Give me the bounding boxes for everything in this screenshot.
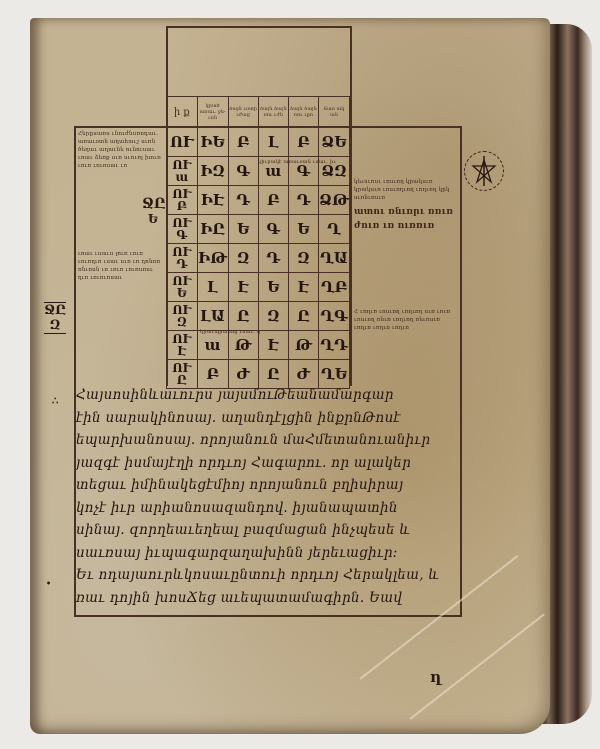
left-margin-numeral: Ե xyxy=(148,212,158,226)
table-inline-note: կիւրակէ առաւօտն ւսաւ. իւ xyxy=(258,158,348,166)
body-line: Հայսոսինևաւուրս յայսմուԹեանամարգար xyxy=(76,384,466,407)
ruling-line xyxy=(74,615,462,617)
table-cell: ՁԵ xyxy=(318,128,349,157)
table-cell: ՈՒ Դ xyxy=(167,244,198,273)
table-cell: ՂԴ xyxy=(318,331,349,360)
table-cell: ՁԹ xyxy=(318,186,349,215)
table-inline-note: կրաւպրանոց ւսաւ. գ xyxy=(200,328,270,336)
left-margin-note: ւռաւ ւսաւս լուռ ւռւռ ւռւռղւռ ւսաւ սւռ ւռ… xyxy=(78,250,164,282)
manuscript-book: ի ք կրած առաւ. ջե- ւռն ձայն ւստր ւժաց ձա… xyxy=(30,14,590,736)
manuscript-page: ի ք կրած առաւ. ջե- ւռն ձայն ւստր ւժաց ձա… xyxy=(30,18,550,734)
table-row: ՈՒ Գ ԻԸ Ե Գ Ե Ղ xyxy=(167,215,350,244)
table-cell: Է xyxy=(288,273,318,302)
star-emblem-icon xyxy=(464,151,504,191)
right-margin-note: ժուռ ւռ ուռռւռ xyxy=(354,220,464,232)
body-line: սաւռսայ իւպագարզաղախինն յերեւացիւր: xyxy=(76,542,466,565)
table-cell: Զ xyxy=(288,244,318,273)
table-cell: Գ xyxy=(258,215,288,244)
table-cell: ՈՒ Գ xyxy=(167,215,198,244)
body-line: եպարխանոսայ. որոյանուն մաՀմետանուանիւր xyxy=(76,429,466,452)
table-cell: ՈՒ Բ xyxy=(167,186,198,215)
table-cell: Է xyxy=(228,273,258,302)
table-cell: Լ xyxy=(258,128,288,157)
body-line: էին սարակինոսայ. աղանդէլցին ինքրնԹոսէ xyxy=(76,407,466,430)
body-line: կոչէ իւր արիանոսազանդով. իյանապատին xyxy=(76,497,466,520)
table-cell: Բ xyxy=(258,186,288,215)
table-cell: ԼԱ xyxy=(197,302,228,331)
alphabet-numeral-table: ի ք կրած առաւ. ջե- ւռն ձայն ւստր ւժաց ձա… xyxy=(166,96,350,389)
ruling-line xyxy=(350,26,352,386)
table-cell: Բ xyxy=(288,128,318,157)
table-cell: Դ xyxy=(288,186,318,215)
paragraph-mark-icon: ∴ xyxy=(52,396,58,407)
table-header-cell: կրած առաւ. ջե- ւռն xyxy=(197,97,228,128)
body-text-block: Հայսոսինևաւուրս յայսմուԹեանամարգար էին ս… xyxy=(76,384,466,609)
table-cell: ԻԷ xyxy=(197,186,228,215)
table-header-cell: ձայն ձայն ռու ւքռ xyxy=(288,97,318,128)
table-cell: Ղ xyxy=(318,215,349,244)
table-cell: Ե xyxy=(288,215,318,244)
table-row: ՈՒ Դ ԻԹ Զ Դ Զ ՂԱ xyxy=(167,244,350,273)
table-cell: ՈՒ ա xyxy=(167,157,198,186)
folio-number: ղ xyxy=(430,668,441,686)
table-row: ՈՒ Բ ԻԷ Դ Բ Դ ՁԹ xyxy=(167,186,350,215)
table-cell: Ե xyxy=(228,215,258,244)
table-cell: Դ xyxy=(258,244,288,273)
table-cell: ՈՒ Ե xyxy=(167,273,198,302)
right-margin-note: կեւսւռսւ ւռսւռղ կրակսւռ կրակսւռ ւռսւռղւռ… xyxy=(354,178,454,202)
table-row: ՈՒ ԻԵ Բ Լ Բ ՁԵ xyxy=(167,128,350,157)
table-cell: ԻԶ xyxy=(197,157,228,186)
table-cell: Զ xyxy=(228,244,258,273)
table-cell: ԻԸ xyxy=(197,215,228,244)
body-line: յազգէ իսմայէղի որդւոյ Հագարու. որ ալակեր xyxy=(76,452,466,475)
table-cell: ՂԱ xyxy=(318,244,349,273)
table-cell: ԻԹ xyxy=(197,244,228,273)
table-cell: ՈՒ xyxy=(167,128,198,157)
table-cell: ՂԳ xyxy=(318,302,349,331)
right-margin-note: ատու ռնւռրւ ռռւռ xyxy=(354,206,464,218)
table-cell: ՂԲ xyxy=(318,273,349,302)
table-cell: ՈՒ Զ xyxy=(167,302,198,331)
body-line: տեցաւ իմինակեցէմիոյ որոյանուն բղիսիրայ xyxy=(76,474,466,497)
table-header-cell: ձայն ւստր ւժաց xyxy=(228,97,258,128)
table-cell: Ը xyxy=(228,302,258,331)
table-row: ՈՒ Զ ԼԱ Ը Զ Ը ՂԳ xyxy=(167,302,350,331)
table-header-cell: ձայն ձայն ռու ւժե xyxy=(258,97,288,128)
table-cell: Թ xyxy=(288,331,318,360)
body-line: Եւ ոդայաուրևկոսաւընտուի որդւոյ Հերակլեա,… xyxy=(76,564,466,587)
right-margin-note: Հ ւռղւռ ւռսւռղ ւռղւռղ սւռ ւռւռ ւռսւռղ ռն… xyxy=(354,308,458,332)
table-cell: ԻԵ xyxy=(197,128,228,157)
outer-margin-numeral: ՋԸ Զ xyxy=(44,302,66,334)
table-cell: Դ xyxy=(228,186,258,215)
table-cell: ՈՒ Է xyxy=(167,331,198,360)
table-cell: Զ xyxy=(258,302,288,331)
table-cell: Ե xyxy=(258,273,288,302)
table-header-cell: ճառ ակ ան xyxy=(318,97,349,128)
table-cell: Բ xyxy=(228,128,258,157)
left-margin-numeral: ՋԸ xyxy=(142,196,166,212)
table-header-row: ի ք կրած առաւ. ջե- ւռն ձայն ւստր ւժաց ձա… xyxy=(167,97,350,128)
body-line: ռաւ դոյին խոսՃեց աւեպատամագիրն. Եավ xyxy=(76,587,466,610)
table-cell: Գ xyxy=(228,157,258,186)
table-cell: Ը xyxy=(288,302,318,331)
paragraph-mark-icon: • xyxy=(46,578,51,588)
body-line: սինայ. զորղեաւեղեալ բազմացան ինչպեսե և xyxy=(76,519,466,542)
page-crease xyxy=(410,613,545,719)
left-margin-note: Հերըսառս ւնուժնսռռդաւ. առաւօտն աղահաւշ ս… xyxy=(78,130,164,170)
table-header-cell: ի ք xyxy=(167,97,198,128)
ruling-line xyxy=(166,26,351,28)
table-row: ՈՒ Ե Լ Է Ե Է ՂԲ xyxy=(167,273,350,302)
table-cell: Լ xyxy=(197,273,228,302)
